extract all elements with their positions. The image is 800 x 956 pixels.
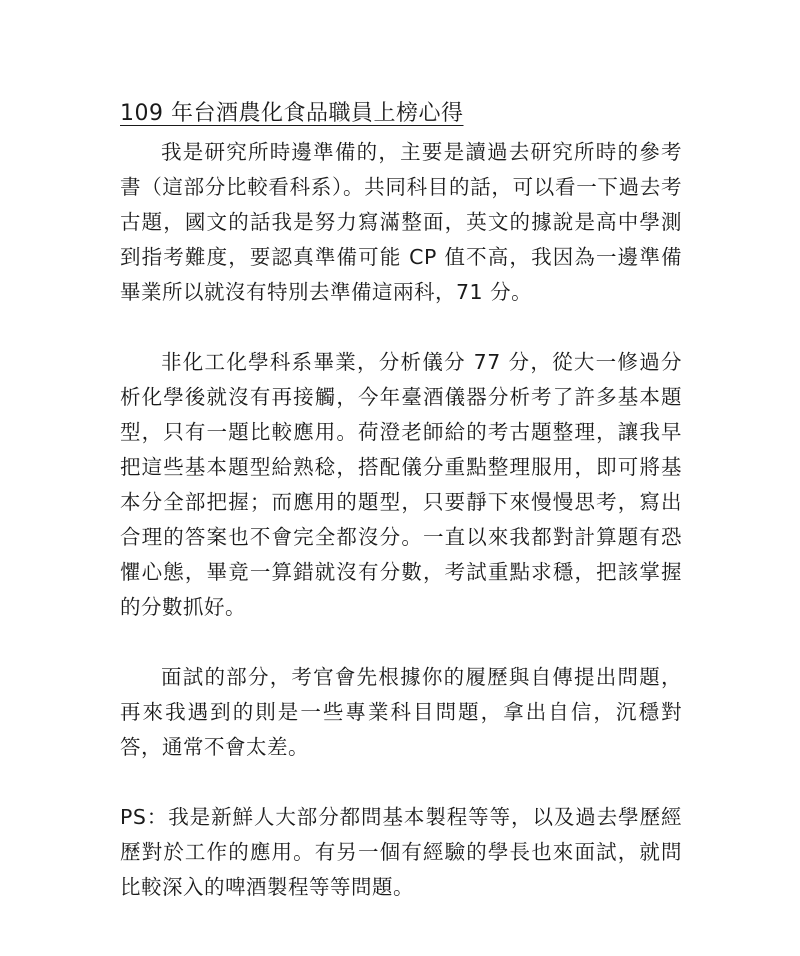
document-content: 109 年台酒農化食品職員上榜心得 我是研究所時邊準備的，主要是讀過去研究所時的… <box>120 96 682 905</box>
paragraph-analysis-exam: 非化工化學科系畢業，分析儀分 77 分，從大一修過分析化學後就沒有再接觸，今年臺… <box>120 345 682 625</box>
paragraph-interview: 面試的部分，考官會先根據你的履歷與自傳提出問題，再來我遇到的則是一些專業科目問題… <box>120 660 682 765</box>
document-page: 109 年台酒農化食品職員上榜心得 我是研究所時邊準備的，主要是讀過去研究所時的… <box>0 0 800 956</box>
paragraph-preparation: 我是研究所時邊準備的，主要是讀過去研究所時的參考書（這部分比較看科系）。共同科目… <box>120 135 682 310</box>
paragraph-ps-note: PS：我是新鮮人大部分都問基本製程等等，以及過去學歷經歷對於工作的應用。有另一個… <box>120 800 682 905</box>
document-title: 109 年台酒農化食品職員上榜心得 <box>120 96 682 131</box>
